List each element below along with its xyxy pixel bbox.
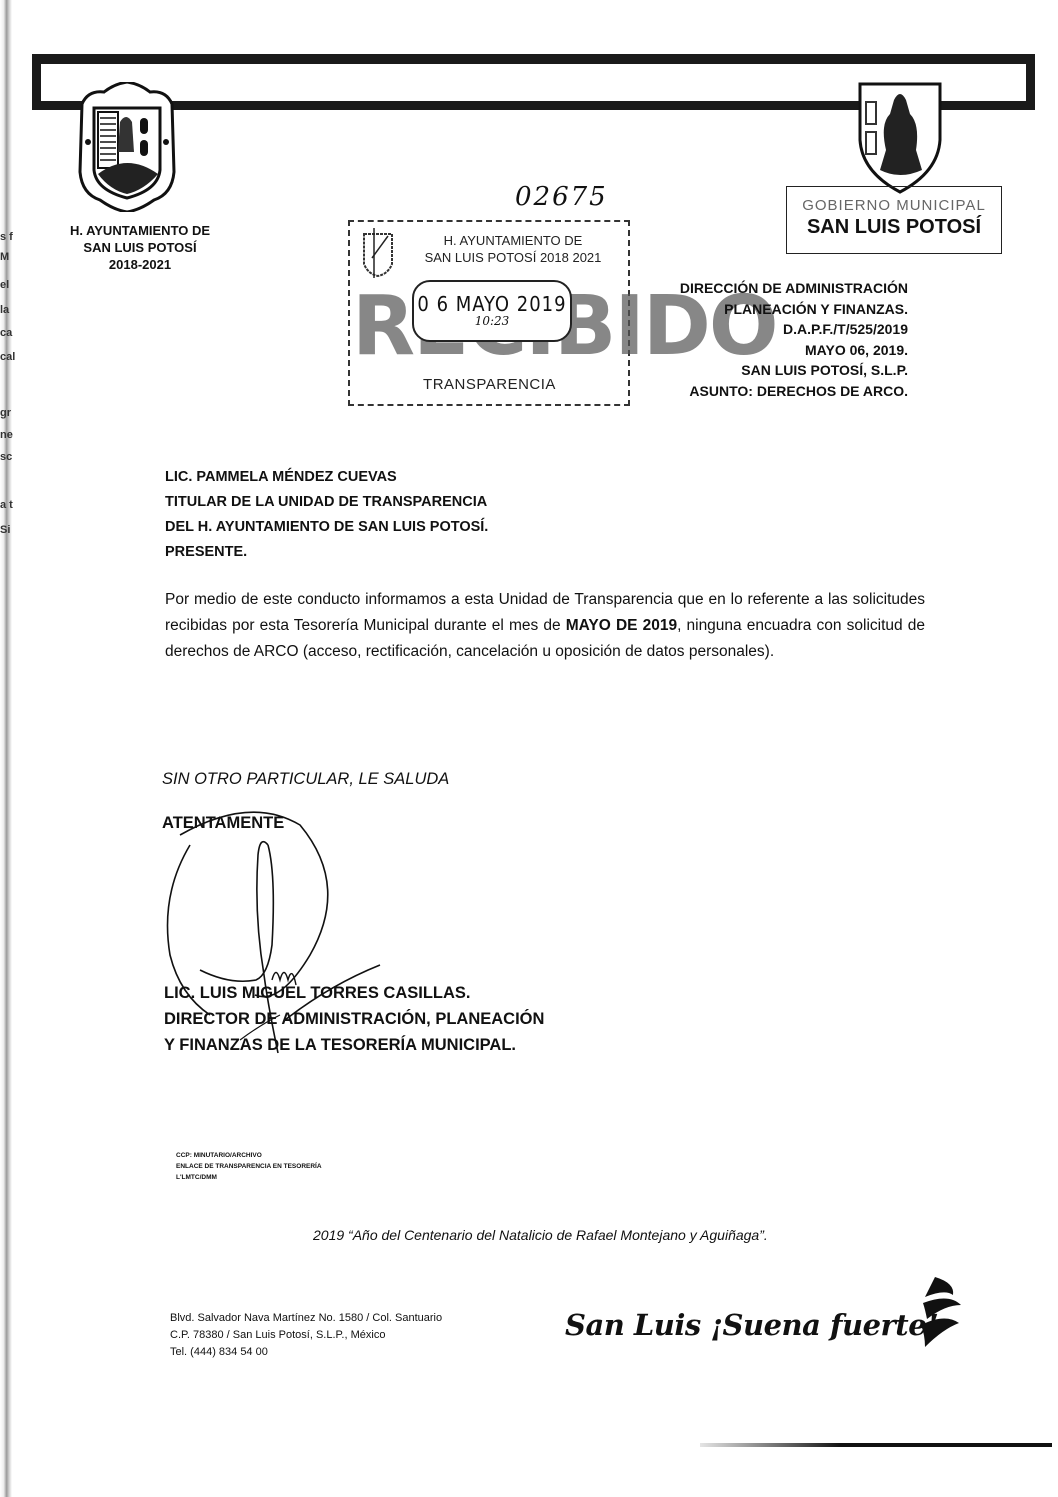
ccp-line: ENLACE DE TRANSPARENCIA EN TESORERÍA [176,1161,322,1172]
government-city: SAN LUIS POTOSÍ [787,216,1001,239]
addressee-institution: DEL H. AYUNTAMIENTO DE SAN LUIS POTOSÍ. [165,515,488,540]
letter-body: Por medio de este conducto informamos a … [165,587,925,665]
reference-block: DIRECCIÓN DE ADMINISTRACIÓN PLANEACIÓN Y… [620,278,908,401]
addressee-title: TITULAR DE LA UNIDAD DE TRANSPARENCIA [165,490,488,515]
addressee-name: LIC. PAMMELA MÉNDEZ CUEVAS [165,465,488,490]
scan-edge [0,0,12,1497]
scan-edge-fragment: a t [0,500,13,511]
stamp-date: 0 6 MAYO 2019 [414,292,570,316]
stamp-department: TRANSPARENCIA [352,376,627,393]
document-reference: D.A.P.F./T/525/2019 [620,319,908,340]
scan-edge-fragment: Si [0,525,10,536]
signer-title: DIRECTOR DE ADMINISTRACIÓN, PLANEACIÓN [164,1006,544,1032]
year-motto: 2019 “Año del Centenario del Natalicio d… [313,1227,768,1243]
addressee-present: PRESENTE. [165,540,488,565]
stamp-title-line: SAN LUIS POTOSÍ 2018 2021 [398,249,628,266]
ccp-line: CCP: MINUTARIO/ARCHIVO [176,1150,322,1161]
ccp-initials: L'LMTC/DMM [176,1172,322,1183]
scan-edge-fragment: M [0,252,9,263]
phone-line: Tel. (444) 834 54 00 [170,1344,442,1361]
scan-edge-fragment: ne [0,430,13,441]
scan-edge-fragment: sc [0,452,12,463]
signer-block: LIC. LUIS MIGUEL TORRES CASILLAS. DIRECT… [164,980,544,1058]
signer-name: LIC. LUIS MIGUEL TORRES CASILLAS. [164,980,544,1006]
stamp-title-line: H. AYUNTAMIENTO DE [398,232,628,249]
signer-title: Y FINANZAS DE LA TESORERÍA MUNICIPAL. [164,1032,544,1058]
address-line: C.P. 78380 / San Luis Potosí, S.L.P., Mé… [170,1327,442,1344]
shield-saint-louis-icon [850,80,950,195]
department-line: DIRECCIÓN DE ADMINISTRACIÓN [620,278,908,299]
closing-line: SIN OTRO PARTICULAR, LE SALUDA [162,770,449,789]
scan-edge-fragment: el [0,280,9,291]
footer-address: Blvd. Salvador Nava Martínez No. 1580 / … [170,1310,442,1361]
scan-edge-fragment: s f [0,232,13,243]
institution-period: 2018-2021 [40,256,240,273]
address-line: Blvd. Salvador Nava Martínez No. 1580 / … [170,1310,442,1327]
department-line: PLANEACIÓN Y FINANZAS. [620,299,908,320]
body-highlight: MAYO DE 2019 [566,617,677,634]
scan-edge-fragment: ca [0,328,12,339]
waving-flag-icon [905,1275,965,1355]
carbon-copy-block: CCP: MINUTARIO/ARCHIVO ENLACE DE TRANSPA… [176,1150,322,1183]
footer-slogan: San Luis ¡Suena fuerte! [565,1308,938,1342]
institution-line: H. AYUNTAMIENTO DE [40,222,240,239]
stamp-time: 10:23 [414,314,570,328]
government-logo-box: GOBIERNO MUNICIPAL SAN LUIS POTOSÍ [786,186,1002,254]
stamp-date-box: 0 6 MAYO 2019 10:23 [412,280,572,342]
stamp-title: H. AYUNTAMIENTO DE SAN LUIS POTOSÍ 2018 … [398,232,628,266]
scan-edge-fragment: la [0,305,9,316]
document-subject: ASUNTO: DERECHOS DE ARCO. [620,381,908,402]
municipal-coat-of-arms-icon [74,82,180,212]
bottom-rule [700,1443,1052,1447]
document-date: MAYO 06, 2019. [620,340,908,361]
institution-line: SAN LUIS POTOSÍ [40,239,240,256]
stamp-crest-icon [360,228,396,278]
scan-edge-fragment: cal [0,352,15,363]
folio-number: 02675 [515,182,608,212]
scan-edge-fragment: gr [0,408,11,419]
addressee-block: LIC. PAMMELA MÉNDEZ CUEVAS TITULAR DE LA… [165,465,488,565]
government-label: GOBIERNO MUNICIPAL [787,197,1001,214]
document-place: SAN LUIS POTOSÍ, S.L.P. [620,360,908,381]
institution-name: H. AYUNTAMIENTO DE SAN LUIS POTOSÍ 2018-… [40,222,240,273]
